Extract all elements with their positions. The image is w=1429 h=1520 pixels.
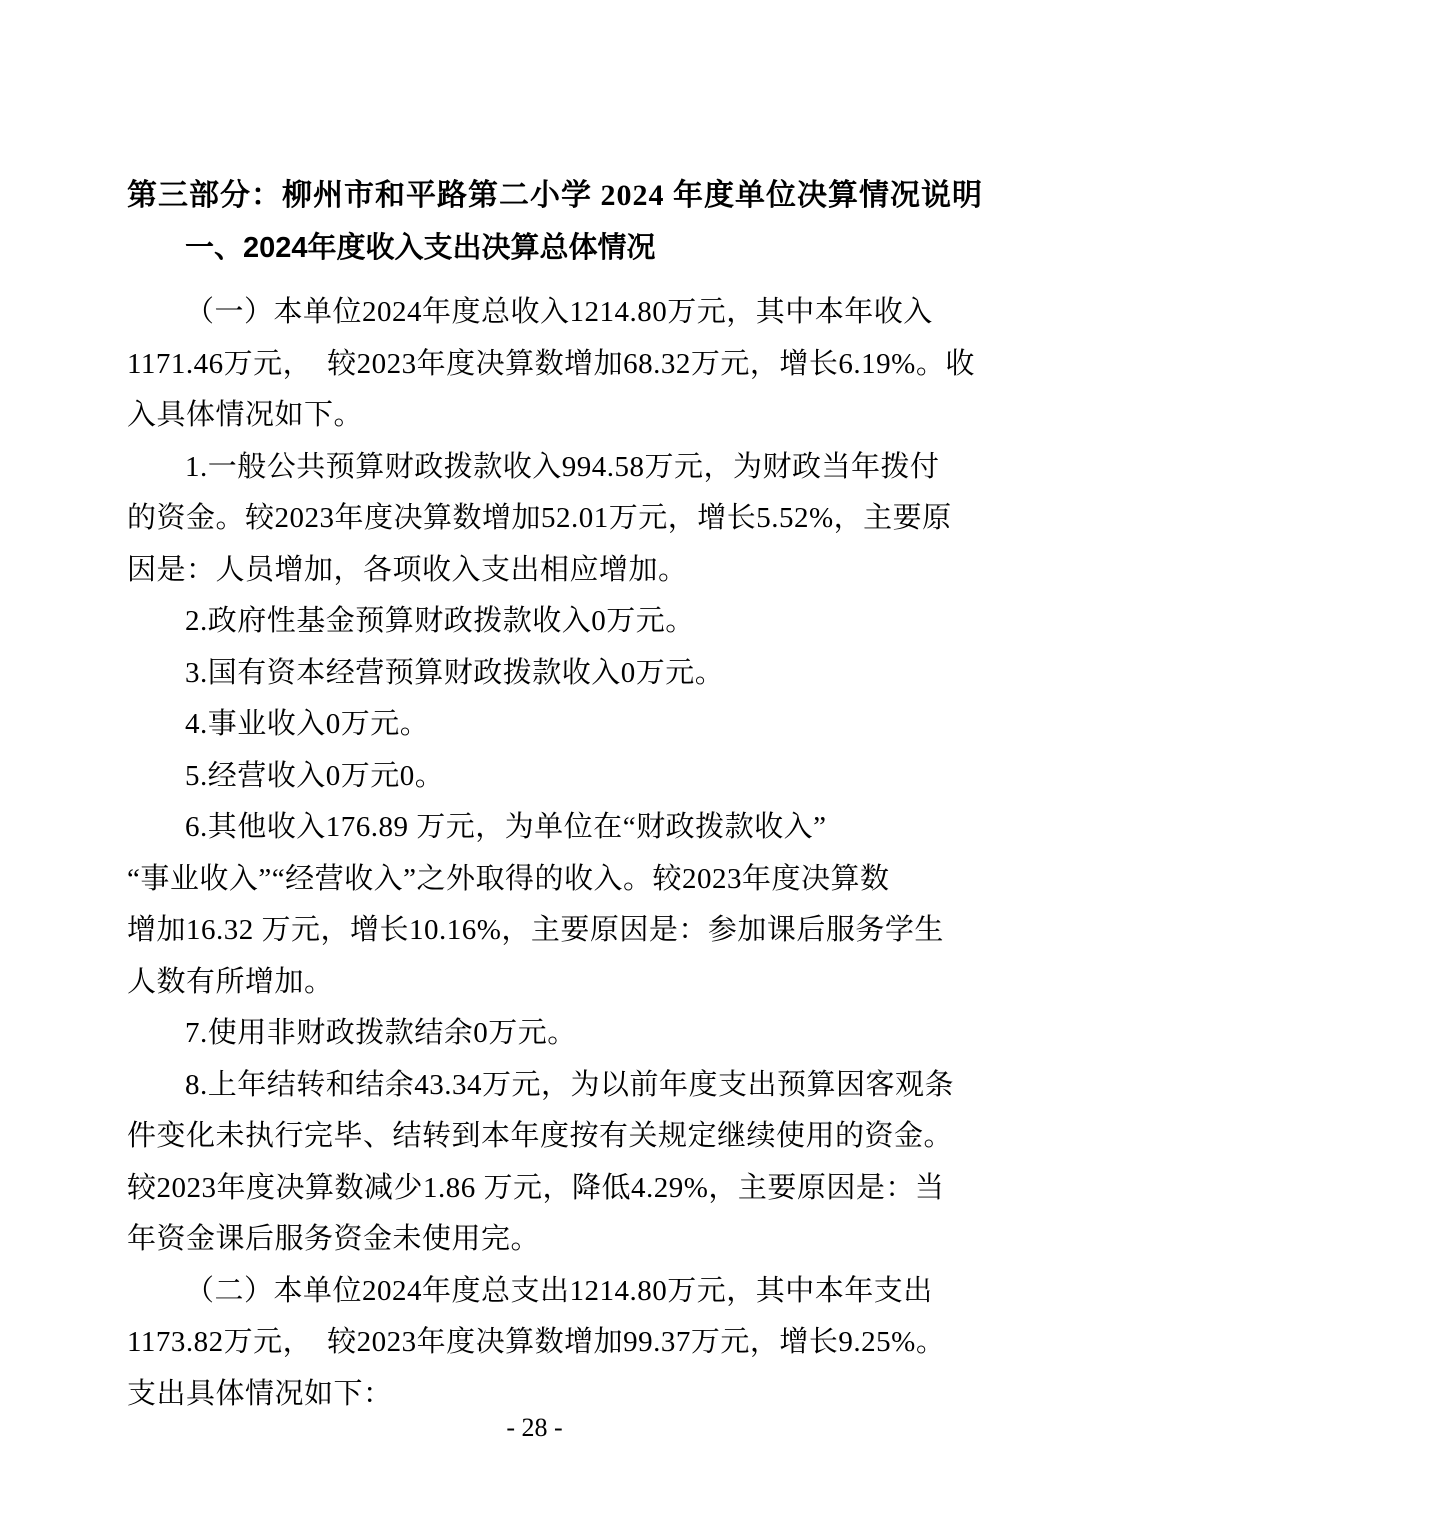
text-line: 1.一般公共预算财政拨款收入994.58万元，为财政当年拨付 — [127, 442, 942, 494]
page-number: - 28 - — [127, 1408, 942, 1448]
text-line: 4.事业收入0万元。 — [127, 699, 942, 751]
text-line: 人数有所增加。 — [127, 957, 942, 1009]
text-line: 8.上年结转和结余43.34万元，为以前年度支出预算因客观条 — [127, 1060, 942, 1112]
text-line: 因是：人员增加，各项收入支出相应增加。 — [127, 545, 942, 597]
text-line: 入具体情况如下。 — [127, 390, 942, 442]
text-line: “事业收入”“经营收入”之外取得的收入。较2023年度决算数 — [127, 854, 942, 906]
text-line: 1171.46万元， 较2023年度决算数增加68.32万元，增长6.19%。收 — [127, 339, 942, 391]
text-line: 增加16.32 万元，增长10.16%，主要原因是：参加课后服务学生 — [127, 905, 942, 957]
text-line: 1173.82万元， 较2023年度决算数增加99.37万元，增长9.25%。 — [127, 1317, 942, 1369]
text-line: （一）本单位2024年度总收入1214.80万元，其中本年收入 — [127, 287, 942, 339]
text-line: 6.其他收入176.89 万元，为单位在“财政拨款收入” — [127, 802, 942, 854]
text-line: 2.政府性基金预算财政拨款收入0万元。 — [127, 596, 942, 648]
text-line: 件变化未执行完毕、结转到本年度按有关规定继续使用的资金。 — [127, 1111, 942, 1163]
text-line: （二）本单位2024年度总支出1214.80万元，其中本年支出 — [127, 1266, 942, 1318]
text-line: 3.国有资本经营预算财政拨款收入0万元。 — [127, 648, 942, 700]
text-line: 的资金。较2023年度决算数增加52.01万元，增长5.52%，主要原 — [127, 493, 942, 545]
text-line: 年资金课后服务资金未使用完。 — [127, 1214, 942, 1266]
text-line: 5.经营收入0万元0。 — [127, 751, 942, 803]
text-line: 7.使用非财政拨款结余0万元。 — [127, 1008, 942, 1060]
section-heading: 一、2024年度收入支出决算总体情况 — [127, 223, 1085, 273]
document-body: （一）本单位2024年度总收入1214.80万元，其中本年收入1171.46万元… — [127, 287, 942, 1420]
document-title: 第三部分：柳州市和平路第二小学 2024 年度单位决算情况说明 — [127, 171, 1027, 221]
text-line: 较2023年度决算数减少1.86 万元，降低4.29%，主要原因是：当 — [127, 1163, 942, 1215]
document-page: 第三部分：柳州市和平路第二小学 2024 年度单位决算情况说明 一、2024年度… — [0, 0, 1429, 1520]
